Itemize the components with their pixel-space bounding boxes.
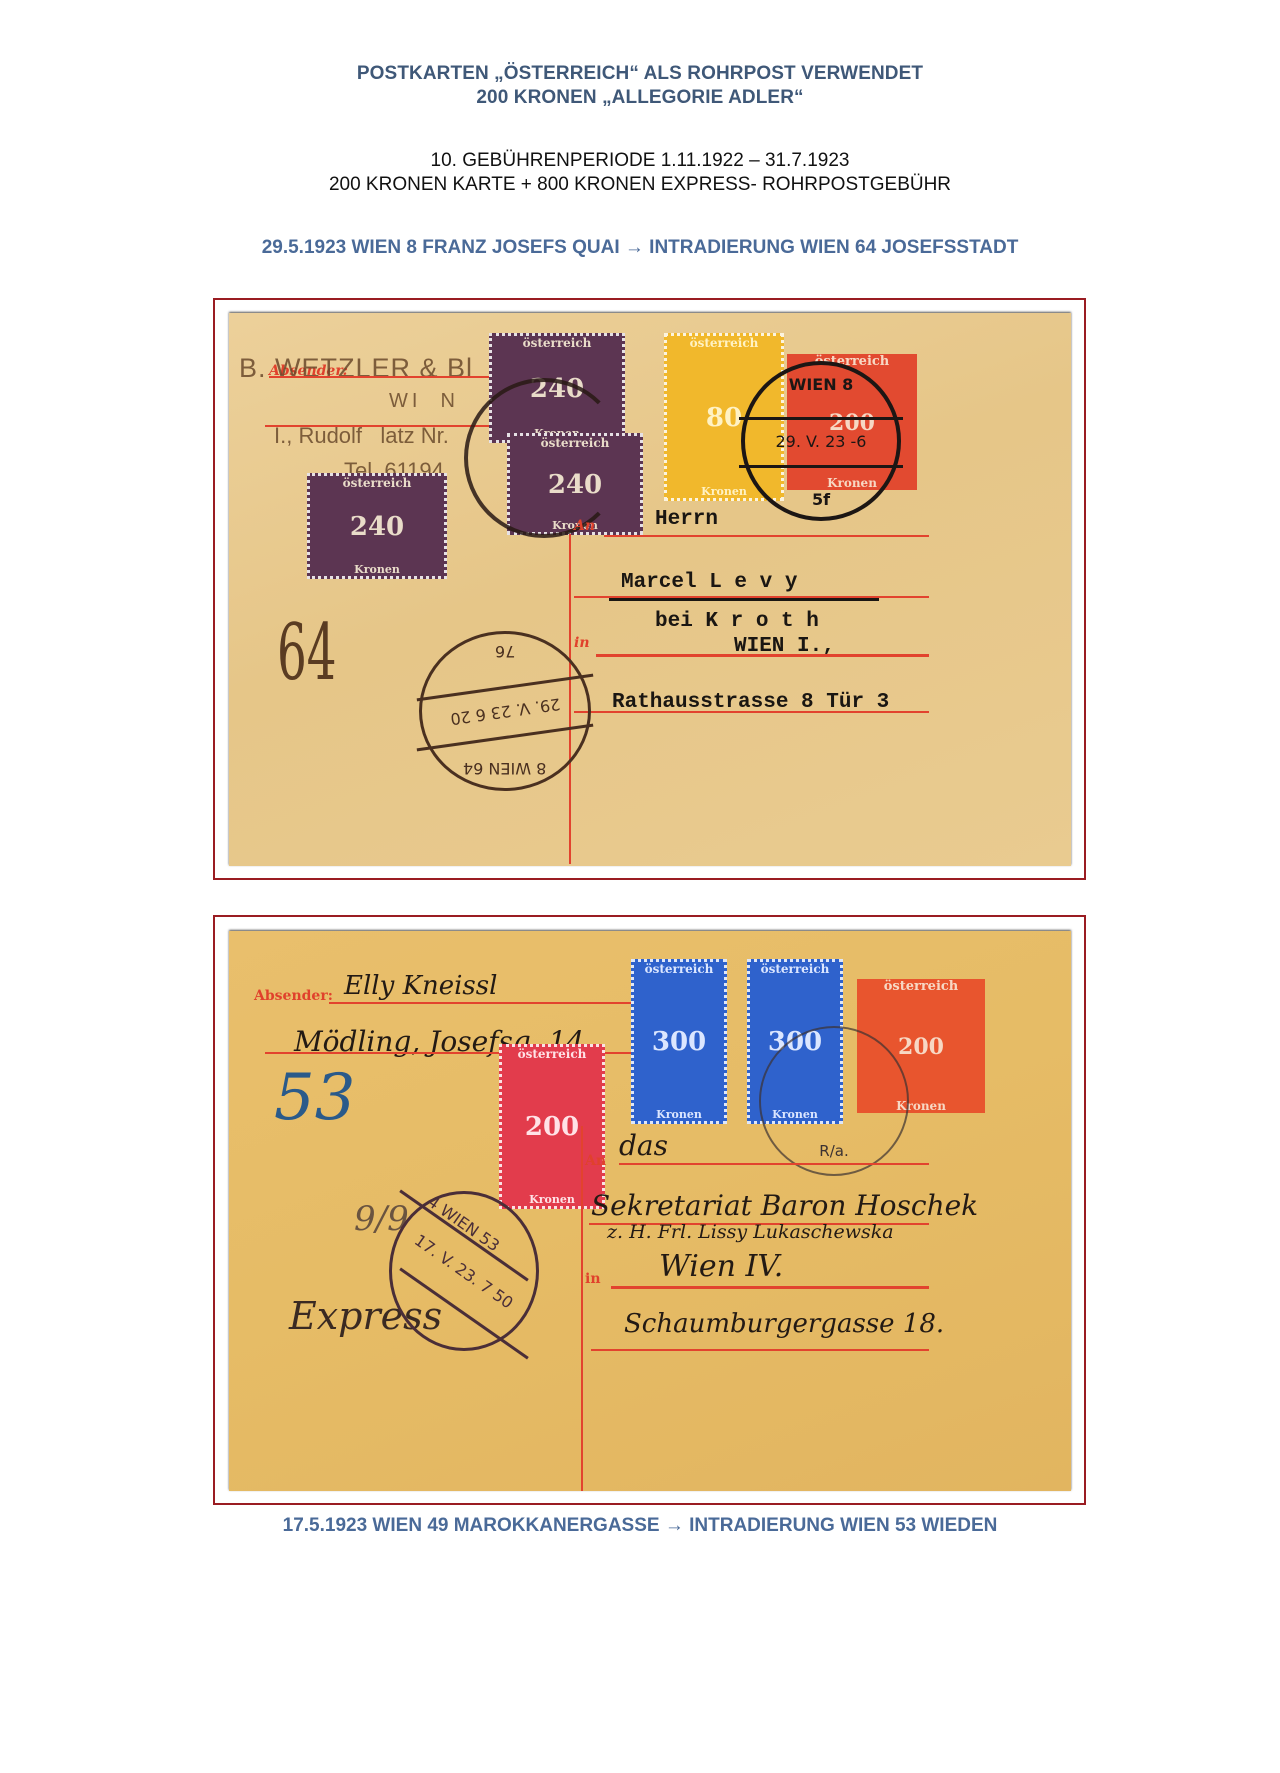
an-label: An	[574, 518, 595, 534]
stamp-200-kronen: österreich 200 Kronen	[499, 1044, 605, 1209]
card2-frame: Absender: Elly Kneissl Mödling, Josefsg.…	[213, 915, 1086, 1505]
recipient-street: Schaumburgergasse 18.	[624, 1309, 944, 1339]
an-label: An	[585, 1153, 606, 1169]
page-title-line1: POSTKARTEN „ÖSTERREICH“ ALS ROHRPOST VER…	[0, 62, 1280, 86]
postmark-partial	[464, 378, 624, 538]
address-line-3	[596, 654, 929, 657]
address-line-1	[619, 1163, 929, 1165]
caption-card1: 29.5.1923 WIEN 8 FRANZ JOSEFS QUAI → INT…	[0, 237, 1280, 259]
postmark-wien-8: WIEN 8 29. V. 23 -6 5f	[741, 361, 901, 521]
recipient-care-of: bei K r o t h	[655, 610, 819, 633]
stamp-300-kronen: österreich 300 Kronen	[631, 959, 727, 1124]
sender-line-1	[269, 376, 499, 378]
name-underline	[609, 598, 879, 601]
recipient-salutation: Herrn	[655, 508, 718, 531]
sender-name: Elly Kneissl	[344, 971, 497, 1001]
postcard-2: Absender: Elly Kneissl Mödling, Josefsg.…	[229, 931, 1071, 1491]
sender-city-stamp: WI N	[389, 390, 459, 413]
sender-line-1	[329, 1002, 647, 1004]
address-line-3	[611, 1286, 929, 1289]
recipient-name: Marcel L e v y	[621, 571, 797, 594]
recipient-attention: z. H. Frl. Lissy Lukaschewska	[607, 1221, 894, 1243]
address-line-4	[591, 1349, 929, 1351]
address-line-1	[604, 535, 929, 537]
postmark-wien-49: R/a.	[759, 1026, 909, 1176]
address-line-2	[574, 596, 929, 598]
sender-label: Absender:	[254, 988, 333, 1004]
address-line-4	[574, 711, 929, 713]
recipient-city: Wien IV.	[659, 1249, 783, 1284]
handwritten-district-number: 53	[274, 1061, 355, 1135]
card1-frame: Absender: B. WETZLER & Bl WI N I., Rudol…	[213, 298, 1086, 880]
recipient-salutation: das	[619, 1129, 668, 1162]
rate-subtitle: 200 KRONEN KARTE + 800 KRONEN EXPRESS- R…	[0, 173, 1280, 197]
sender-company-stamp: B. WETZLER & Bl	[239, 353, 473, 384]
period-subtitle: 10. GEBÜHRENPERIODE 1.11.1922 – 31.7.192…	[0, 149, 1280, 173]
postmark-wien-64: 76 29. V. 23 6 20 8 WIEN 64	[419, 631, 591, 791]
divider-line	[581, 1126, 583, 1491]
caption-card2: 17.5.1923 WIEN 49 MAROKKANERGASSE → INTR…	[0, 1515, 1280, 1537]
page-title-line2: 200 KRONEN „ALLEGORIE ADLER“	[0, 86, 1280, 110]
handwritten-district-number: 64	[277, 608, 337, 698]
recipient-name: Sekretariat Baron Hoschek	[591, 1189, 978, 1222]
in-label: in	[574, 635, 590, 651]
postmark-wien-53: 4 WIEN 53 17. V. 23. 7 50	[389, 1191, 539, 1351]
in-label: in	[585, 1271, 601, 1287]
stamp-240-kronen: österreich 240 Kronen	[307, 473, 447, 579]
postcard-1: Absender: B. WETZLER & Bl WI N I., Rudol…	[229, 313, 1071, 866]
